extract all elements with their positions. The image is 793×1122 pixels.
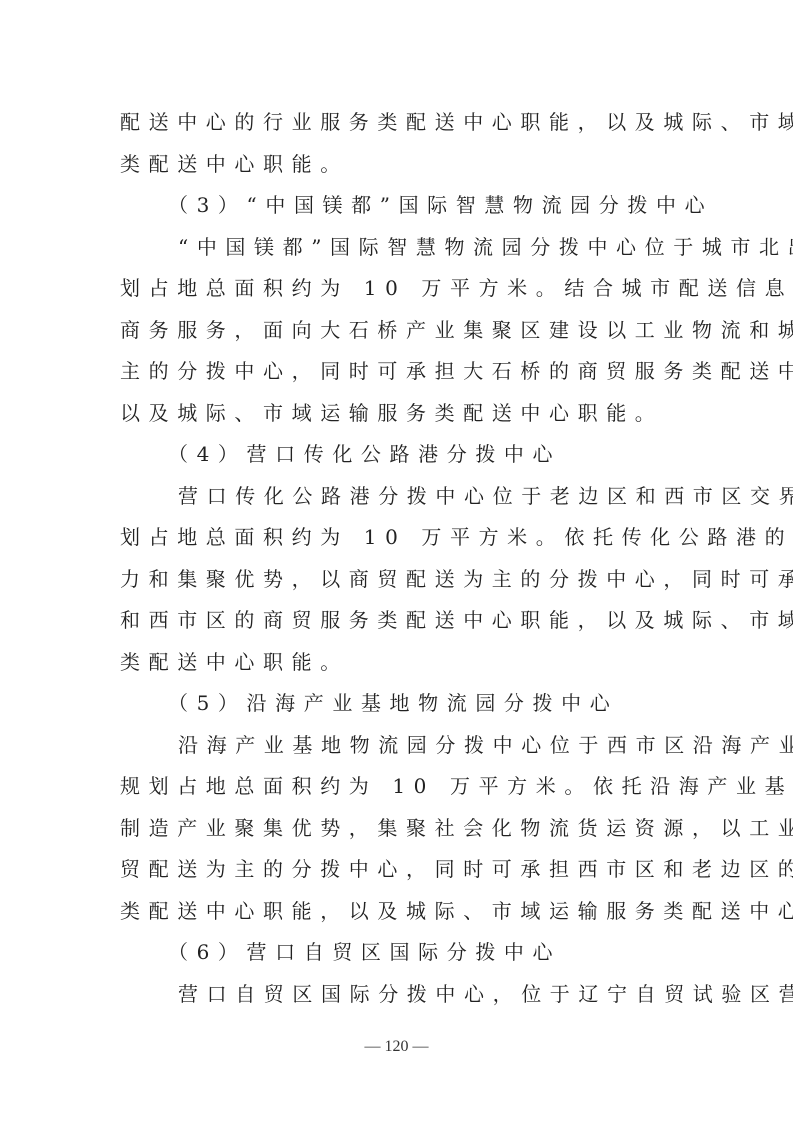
page-number: — 120 — [0, 1038, 793, 1056]
paragraph-start: “中国镁都”国际智慧物流园分拨中心位于城市北出口，规 [120, 227, 680, 269]
text-line: 力和集聚优势，以商贸配送为主的分拨中心，同时可承担老边区 [120, 559, 680, 601]
text-line: 配送中心的行业服务类配送中心职能，以及城际、市域运输服务 [120, 102, 680, 144]
text-line: 商务服务，面向大石桥产业集聚区建设以工业物流和城市配送为 [120, 310, 680, 352]
text-line: 主的分拨中心，同时可承担大石桥的商贸服务类配送中心职能， [120, 351, 680, 393]
text-line: 和西市区的商贸服务类配送中心职能，以及城际、市域运输服务 [120, 600, 680, 642]
text-line: 划占地总面积约为 10 万平方米。结合城市配送信息平台和电子 [120, 268, 680, 310]
section-heading-6: （6）营口自贸区国际分拨中心 [120, 932, 680, 974]
body-text: 配送中心的行业服务类配送中心职能，以及城际、市域运输服务 类配送中心职能。 （3… [120, 102, 680, 1015]
section-heading-3: （3）“中国镁都”国际智慧物流园分拨中心 [120, 185, 680, 227]
section-heading-5: （5）沿海产业基地物流园分拨中心 [120, 683, 680, 725]
document-page: 配送中心的行业服务类配送中心职能，以及城际、市域运输服务 类配送中心职能。 （3… [0, 0, 793, 1122]
section-heading-4: （4）营口传化公路港分拨中心 [120, 434, 680, 476]
paragraph-start: 营口自贸区国际分拨中心，位于辽宁自贸试验区营口片区 [120, 974, 680, 1016]
text-line: 规划占地总面积约为 10 万平方米。依托沿海产业基地的科技、 [120, 766, 680, 808]
text-line: 贸配送为主的分拨中心，同时可承担西市区和老边区的商贸服务 [120, 849, 680, 891]
text-line: 划占地总面积约为 10 万平方米。依托传化公路港的货运整理能 [120, 517, 680, 559]
paragraph-start: 沿海产业基地物流园分拨中心位于西市区沿海产业基地内， [120, 725, 680, 767]
paragraph-start: 营口传化公路港分拨中心位于老边区和西市区交界区域，规 [120, 476, 680, 518]
text-line: 类配送中心职能，以及城际、市域运输服务类配送中心职能。 [120, 891, 680, 933]
text-line: 类配送中心职能。 [120, 144, 680, 186]
text-line: 类配送中心职能。 [120, 642, 680, 684]
text-line: 以及城际、市域运输服务类配送中心职能。 [120, 393, 680, 435]
text-line: 制造产业聚集优势，集聚社会化物流货运资源，以工业配送和商 [120, 808, 680, 850]
